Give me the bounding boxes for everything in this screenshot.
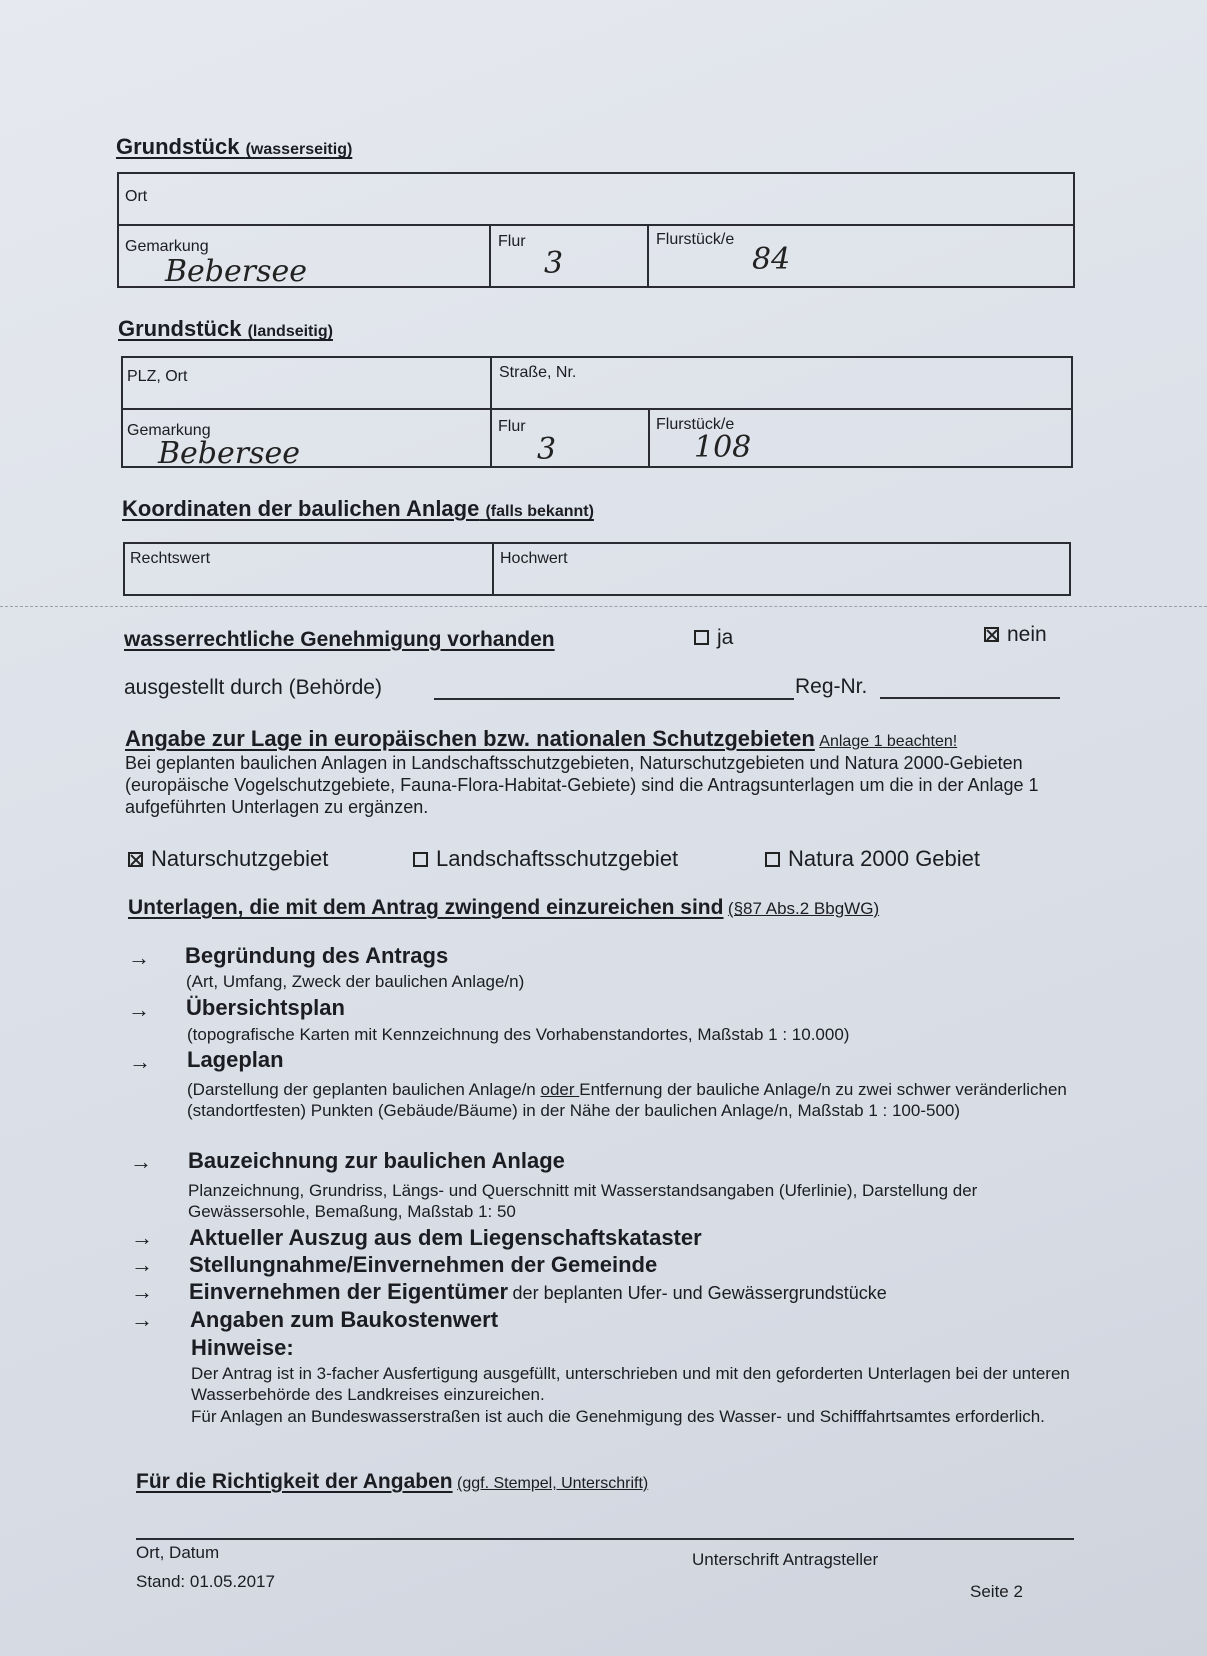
ort-datum-label: Ort, Datum bbox=[136, 1543, 219, 1563]
arrow-icon: → bbox=[131, 1279, 153, 1305]
checkbox-naturschutzgebiet[interactable] bbox=[128, 852, 143, 867]
checkbox-landschaftsschutzgebiet[interactable] bbox=[413, 852, 428, 867]
divider bbox=[489, 224, 491, 288]
hinweise-paragraph-1: Der Antrag ist in 3-facher Ausfertigung … bbox=[191, 1363, 1091, 1405]
option-landschaftsschutzgebiet[interactable]: Landschaftsschutzgebiet bbox=[413, 846, 678, 872]
title-text: Für die Richtigkeit der Angaben bbox=[136, 1470, 453, 1493]
checkbox-ja[interactable] bbox=[694, 630, 709, 645]
divider bbox=[490, 356, 492, 468]
doc-item-title: Angaben zum Baukostenwert bbox=[190, 1307, 498, 1333]
issued-by-field[interactable] bbox=[434, 698, 794, 700]
subtitle-text: (§87 Abs.2 BbgWG) bbox=[728, 899, 879, 918]
flurstueck-label: Flurstück/e bbox=[656, 231, 734, 249]
hinweise-title: Hinweise: bbox=[191, 1335, 294, 1361]
stand-date: Stand: 01.05.2017 bbox=[136, 1572, 275, 1592]
subtitle-text: (ggf. Stempel, Unterschrift) bbox=[457, 1475, 648, 1492]
signature-line[interactable] bbox=[136, 1538, 1074, 1540]
arrow-icon: → bbox=[131, 1252, 153, 1278]
hinweise-paragraph-2: Für Anlagen an Bundeswasserstraßen ist a… bbox=[191, 1406, 1091, 1427]
plz-ort-field[interactable]: PLZ, Ort bbox=[127, 368, 187, 386]
divider bbox=[117, 224, 1075, 226]
section-title-land: Grundstück (landseitig) bbox=[118, 316, 333, 342]
subtitle-text: (wasserseitig) bbox=[246, 141, 353, 158]
arrow-icon: → bbox=[130, 1149, 152, 1175]
checkbox-nein[interactable] bbox=[984, 627, 999, 642]
paper-fold-line bbox=[0, 606, 1207, 608]
option-label: Landschaftsschutzgebiet bbox=[436, 846, 678, 871]
title-text: Grundstück bbox=[118, 316, 241, 341]
doc-item-title: Begründung des Antrags bbox=[185, 943, 448, 969]
arrow-icon: → bbox=[131, 1225, 153, 1251]
doc-item-title: Lageplan bbox=[187, 1047, 284, 1073]
permit-title: wasserrechtliche Genehmigung vorhanden bbox=[124, 628, 555, 652]
desc-text: (Darstellung der geplanten baulichen Anl… bbox=[187, 1080, 540, 1099]
permit-nein-option[interactable]: nein bbox=[984, 623, 1047, 647]
flur-field[interactable]: 3 bbox=[537, 432, 556, 467]
arrow-icon: → bbox=[128, 945, 150, 971]
arrow-icon: → bbox=[129, 1049, 151, 1075]
signature-heading: Für die Richtigkeit der Angaben (ggf. St… bbox=[136, 1470, 648, 1494]
doc-item-desc: (Darstellung der geplanten baulichen Anl… bbox=[187, 1079, 1092, 1121]
arrow-icon: → bbox=[131, 1307, 153, 1333]
doc-item-title: Bauzeichnung zur baulichen Anlage bbox=[188, 1148, 565, 1174]
rechtswert-field[interactable]: Rechtswert bbox=[130, 550, 210, 568]
divider bbox=[492, 542, 494, 596]
flur-field[interactable]: 3 bbox=[544, 246, 563, 281]
doc-item-suffix: der beplanten Ufer- und Gewässergrundstü… bbox=[513, 1283, 887, 1303]
permit-ja-option[interactable]: ja bbox=[694, 626, 733, 650]
title-text: Angabe zur Lage in europäischen bzw. nat… bbox=[125, 726, 815, 751]
option-natura-2000[interactable]: Natura 2000 Gebiet bbox=[765, 846, 980, 872]
section-title-coordinates: Koordinaten der baulichen Anlage (falls … bbox=[122, 496, 594, 522]
subtitle-text: (falls bekannt) bbox=[485, 503, 593, 520]
subtitle-text: (landseitig) bbox=[248, 323, 333, 340]
hochwert-field[interactable]: Hochwert bbox=[500, 550, 568, 568]
doc-item-line: Einvernehmen der Eigentümer der beplante… bbox=[189, 1279, 887, 1305]
flurstueck-field[interactable]: 108 bbox=[694, 430, 751, 465]
reg-nr-field[interactable] bbox=[880, 697, 1060, 699]
arrow-icon: → bbox=[128, 997, 150, 1023]
divider bbox=[121, 408, 1073, 410]
reg-nr-label: Reg-Nr. bbox=[795, 675, 867, 699]
coordinates-table bbox=[123, 542, 1071, 596]
protected-areas-heading: Angabe zur Lage in europäischen bzw. nat… bbox=[125, 726, 957, 752]
gemarkung-field[interactable]: Bebersee bbox=[165, 254, 307, 289]
title-text: Koordinaten der baulichen Anlage bbox=[122, 496, 479, 521]
doc-item-desc: Planzeichnung, Grundriss, Längs- und Que… bbox=[188, 1180, 1093, 1222]
issued-by-label: ausgestellt durch (Behörde) bbox=[124, 676, 382, 700]
strasse-field[interactable]: Straße, Nr. bbox=[499, 364, 576, 382]
doc-item-title: Übersichtsplan bbox=[186, 995, 345, 1021]
desc-underlined: oder bbox=[540, 1080, 579, 1099]
doc-item-title: Einvernehmen der Eigentümer bbox=[189, 1279, 508, 1304]
gemarkung-field[interactable]: Bebersee bbox=[158, 436, 300, 471]
ja-label: ja bbox=[717, 626, 733, 649]
doc-item-title: Stellungnahme/Einvernehmen der Gemeinde bbox=[189, 1252, 657, 1278]
divider bbox=[648, 408, 650, 468]
doc-item-title: Aktueller Auszug aus dem Liegenschaftska… bbox=[189, 1225, 702, 1251]
title-text: Unterlagen, die mit dem Antrag zwingend … bbox=[128, 896, 723, 919]
note-text: Anlage 1 beachten! bbox=[819, 733, 957, 750]
flur-label: Flur bbox=[498, 418, 526, 436]
flur-label: Flur bbox=[498, 233, 526, 251]
checkbox-natura-2000[interactable] bbox=[765, 852, 780, 867]
documents-heading: Unterlagen, die mit dem Antrag zwingend … bbox=[128, 896, 879, 920]
protected-areas-paragraph: Bei geplanten baulichen Anlagen in Lands… bbox=[125, 752, 1070, 818]
divider bbox=[647, 224, 649, 288]
option-label: Naturschutzgebiet bbox=[151, 846, 328, 871]
title-text: Grundstück bbox=[116, 134, 239, 159]
option-naturschutzgebiet[interactable]: Naturschutzgebiet bbox=[128, 846, 328, 872]
doc-item-desc: (topografische Karten mit Kennzeichnung … bbox=[187, 1024, 849, 1045]
ort-field[interactable]: Ort bbox=[125, 188, 147, 206]
unterschrift-label: Unterschrift Antragsteller bbox=[692, 1550, 878, 1570]
flurstueck-field[interactable]: 84 bbox=[752, 242, 790, 277]
option-label: Natura 2000 Gebiet bbox=[788, 846, 980, 871]
page-number: Seite 2 bbox=[970, 1582, 1023, 1602]
doc-item-desc: (Art, Umfang, Zweck der baulichen Anlage… bbox=[186, 971, 524, 992]
section-title-water: Grundstück (wasserseitig) bbox=[116, 134, 352, 160]
nein-label: nein bbox=[1007, 623, 1047, 646]
